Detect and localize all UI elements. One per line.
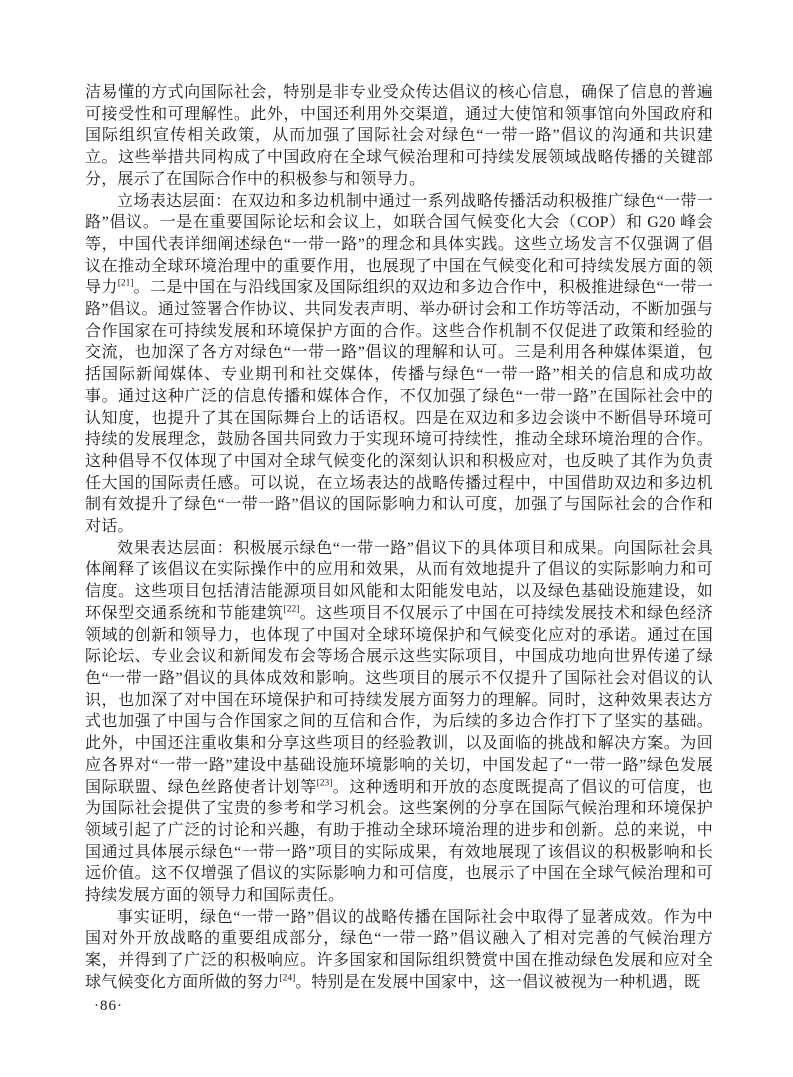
citation-ref: [23]: [317, 778, 333, 788]
paragraph: 事实证明，绿色“一带一路”倡议的战略传播在国际社会中取得了显著成效。作为中国对外…: [85, 907, 713, 994]
paragraphs: 洁易懂的方式向国际社会，特别是非专业受众传达倡议的核心信息，确保了信息的普遍可接…: [85, 82, 713, 994]
citation-ref: [22]: [284, 605, 300, 615]
paragraph: 效果表达层面：积极展示绿色“一带一路”倡议下的具体项目和成果。向国际社会具体阐释…: [85, 538, 713, 907]
text-block: 洁易懂的方式向国际社会，特别是非专业受众传达倡议的核心信息，确保了信息的普遍可接…: [85, 82, 713, 1017]
citation-ref: [21]: [118, 279, 134, 289]
document-page: 洁易懂的方式向国际社会，特别是非专业受众传达倡议的核心信息，确保了信息的普遍可接…: [0, 0, 793, 1077]
page-number: ·86·: [85, 996, 713, 1018]
paragraph: 立场表达层面：在双边和多边机制中通过一系列战略传播活动积极推广绿色“一带一路”倡…: [85, 191, 713, 538]
citation-ref: [24]: [279, 974, 295, 984]
paragraph: 洁易懂的方式向国际社会，特别是非专业受众传达倡议的核心信息，确保了信息的普遍可接…: [85, 82, 713, 191]
